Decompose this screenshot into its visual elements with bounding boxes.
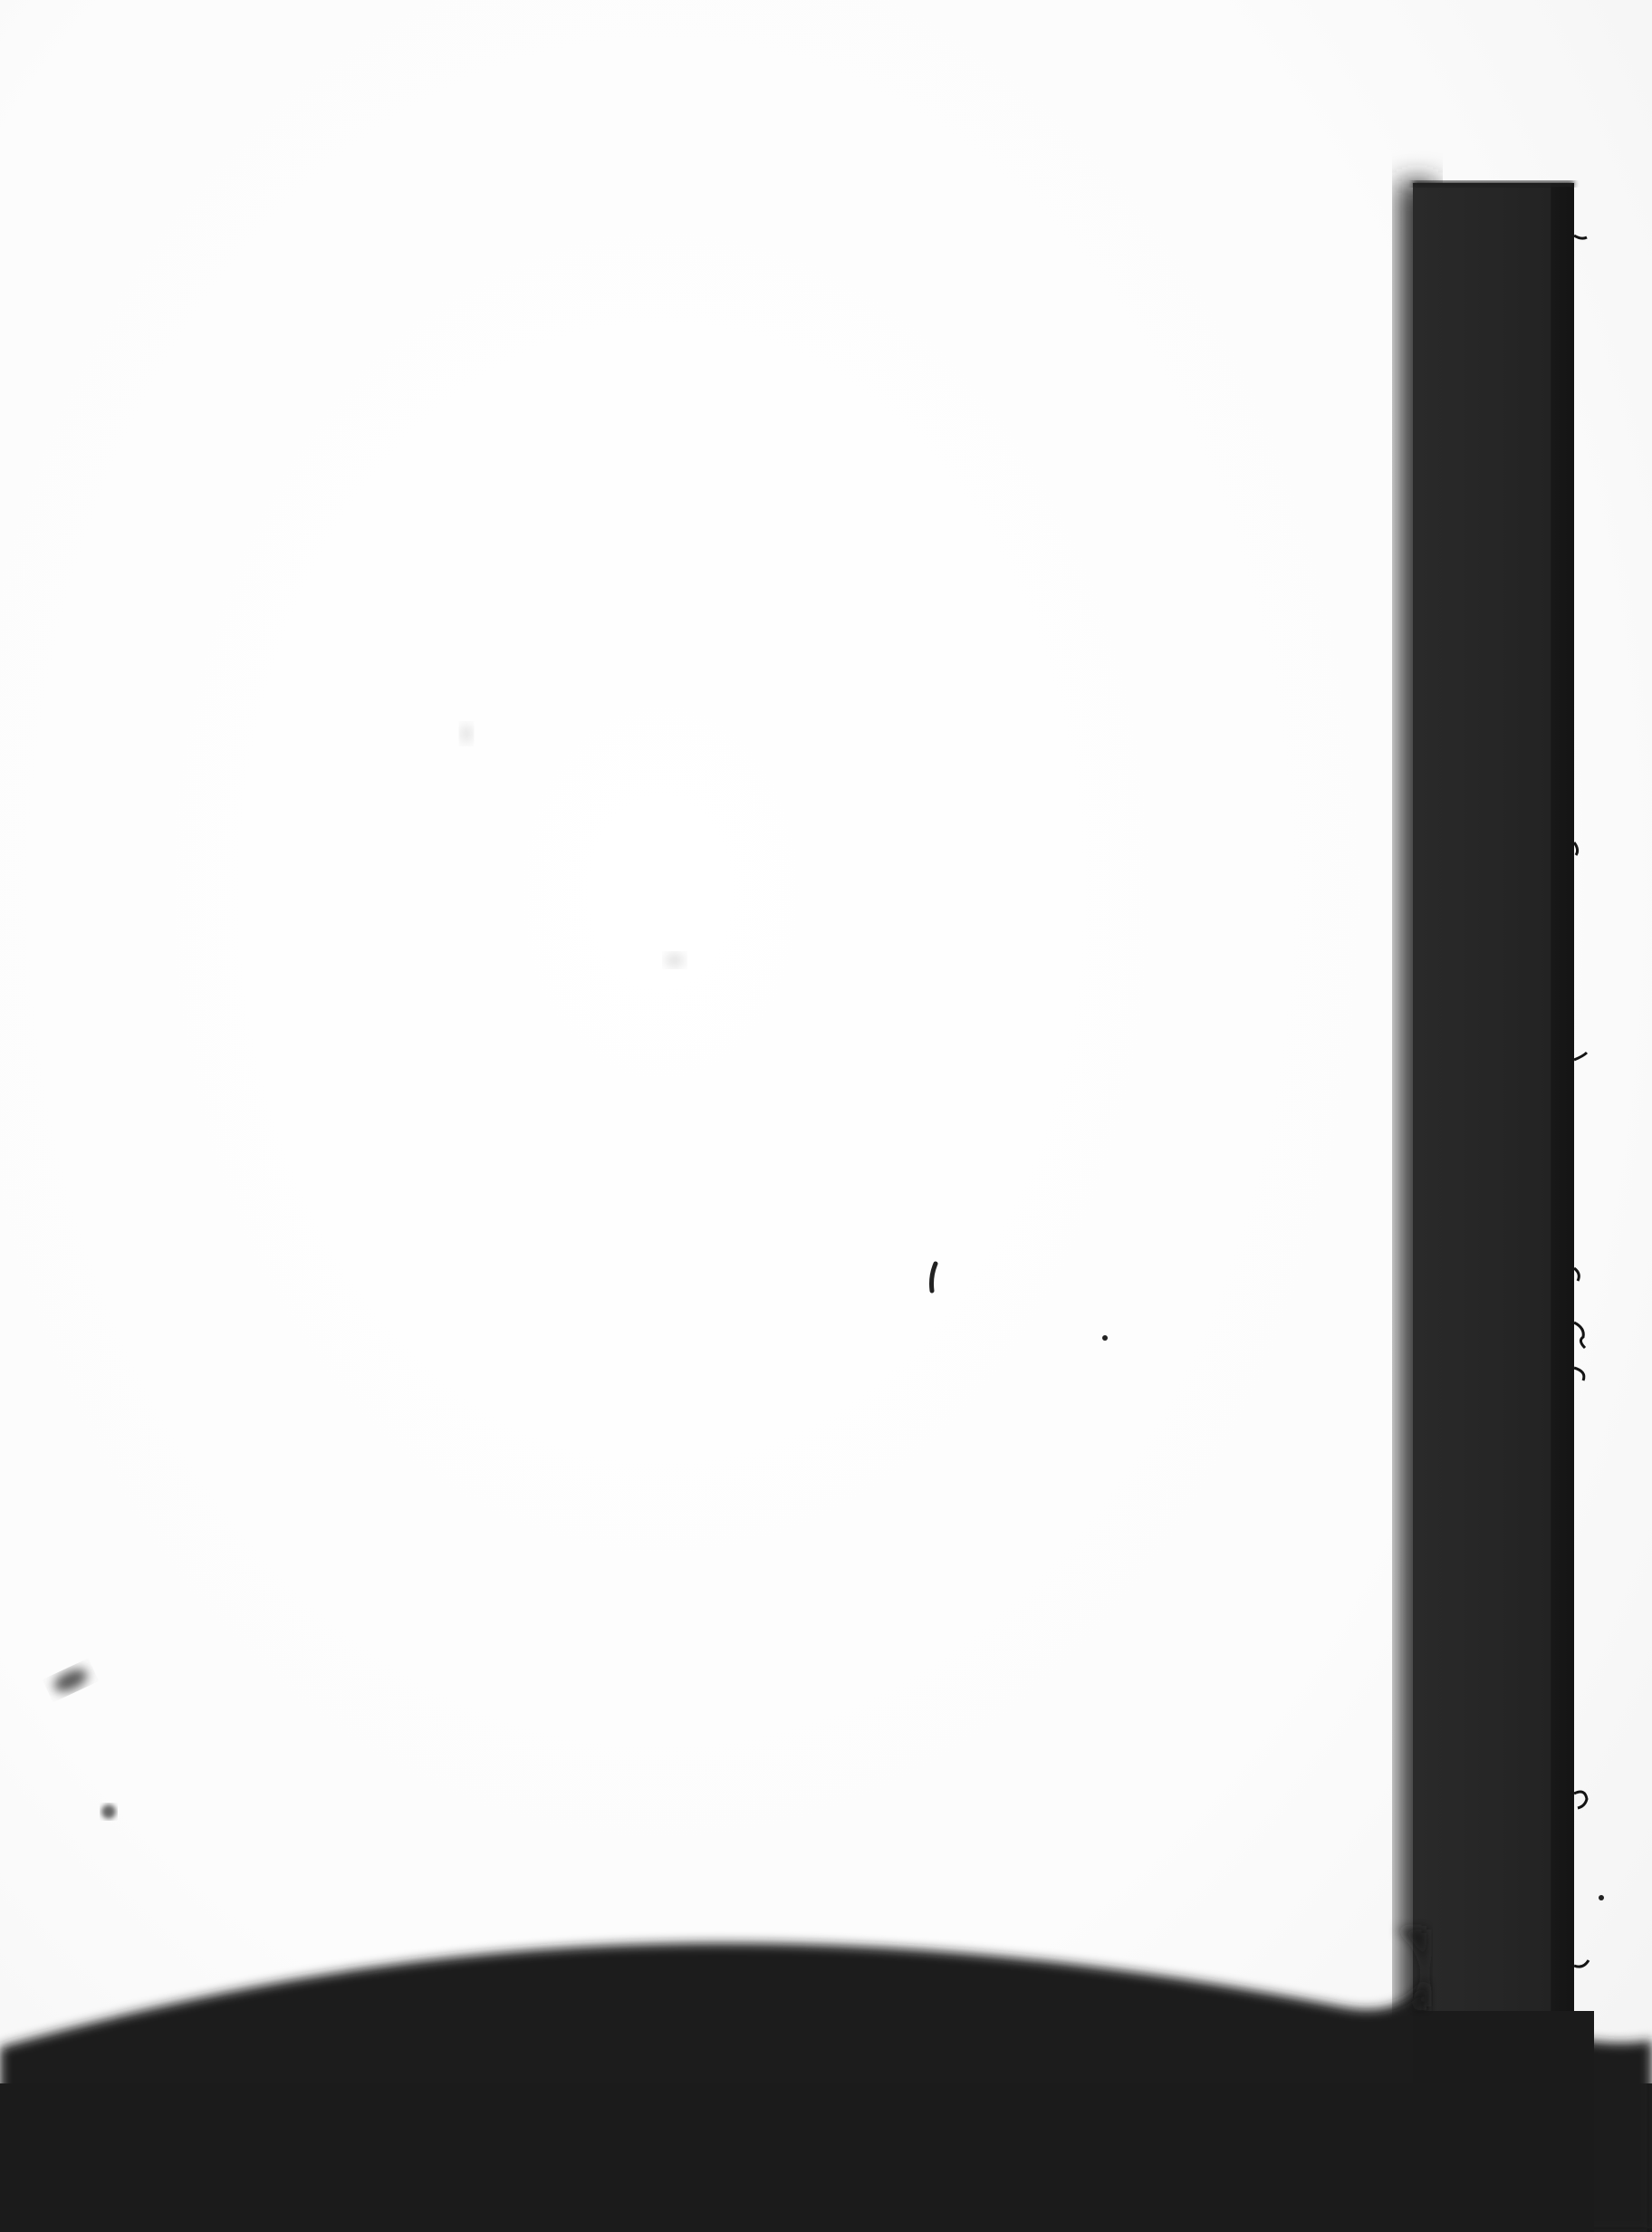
photo-drawing [0,0,1652,2232]
plate-fibers [1574,236,1589,1967]
shadowgraph-photo [0,0,1652,2232]
specks [51,725,1604,1900]
vertical-plate [1399,181,1589,2131]
